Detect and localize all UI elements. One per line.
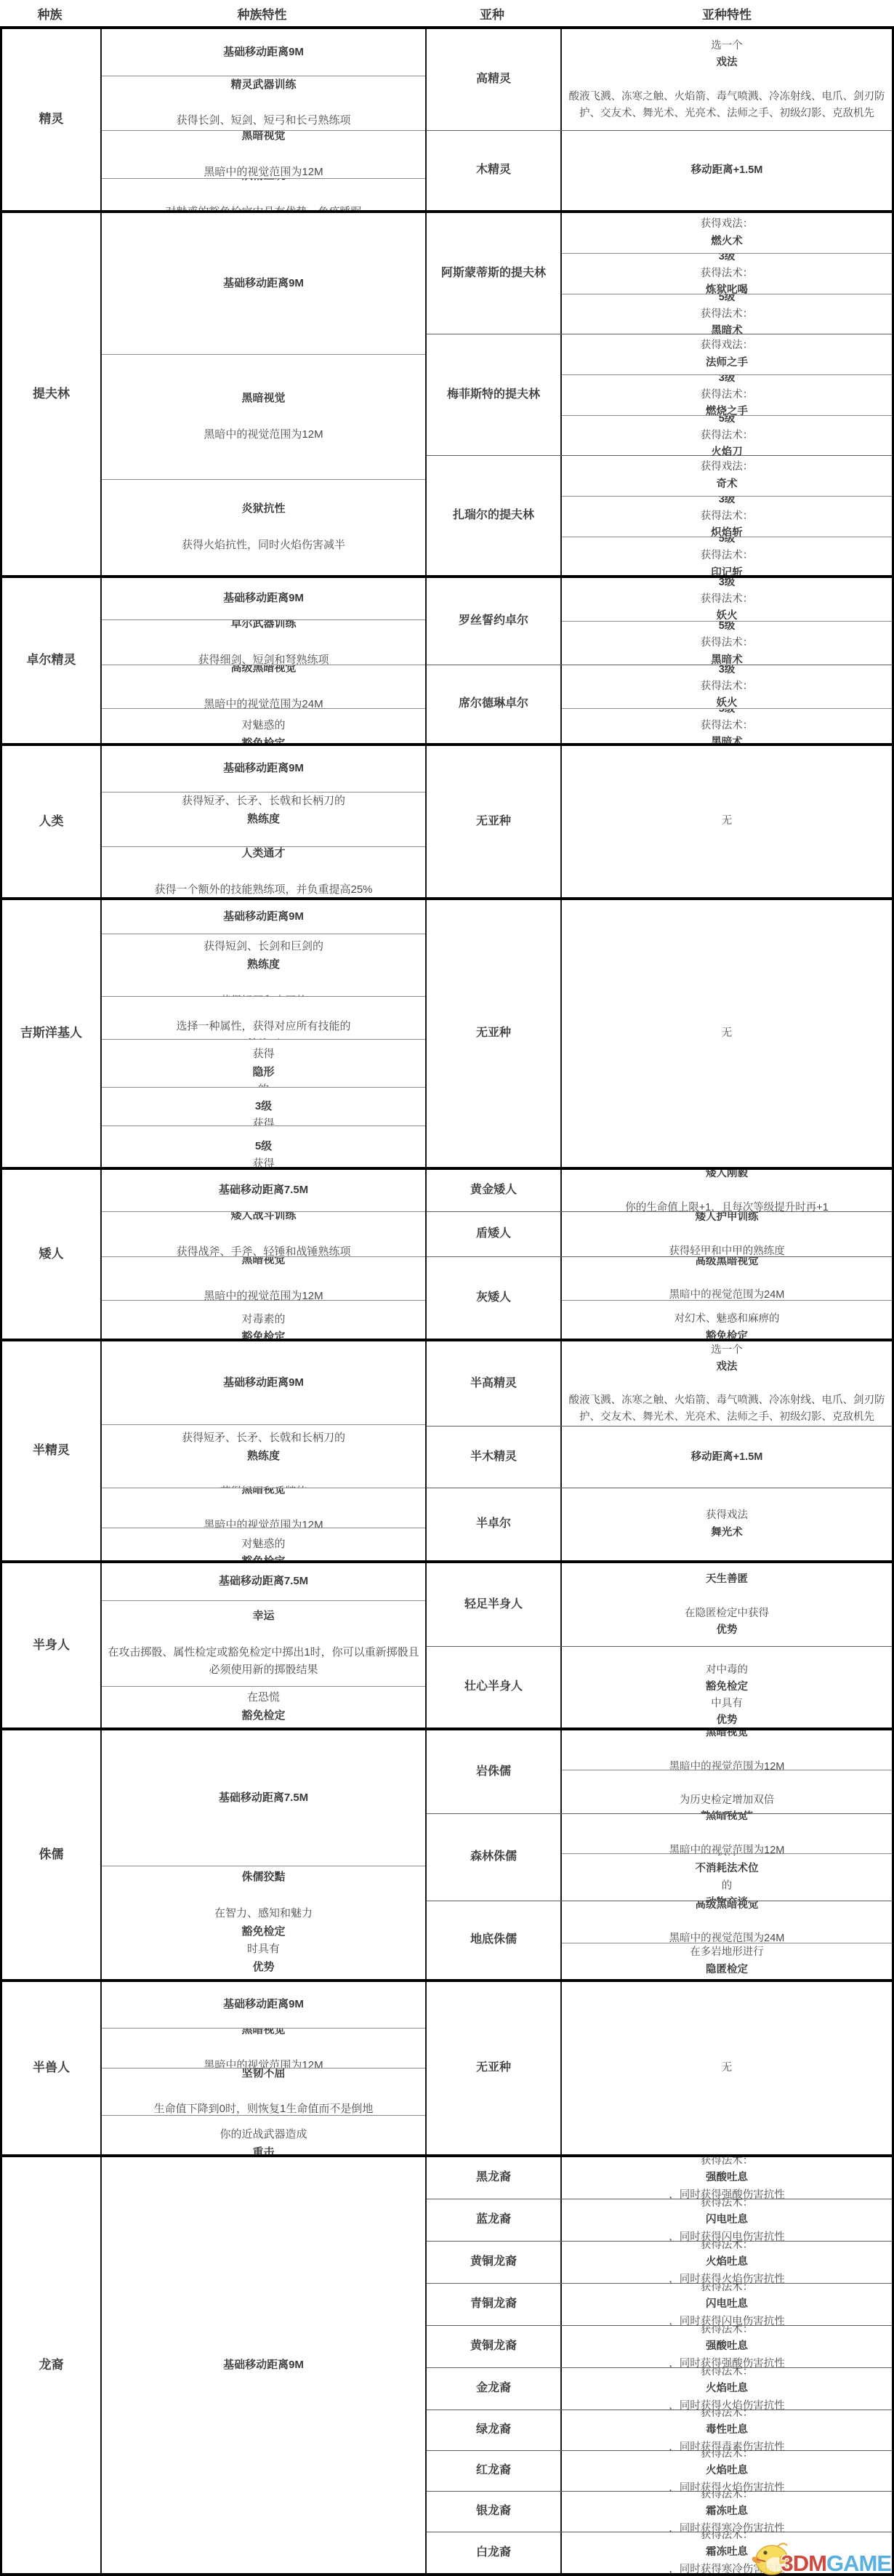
subraces-column: 高精灵选一个戏法酸液飞溅、冻寒之触、火焰箭、毒气喷溅、冷冻射线、电爪、剑刃防护、… — [427, 29, 892, 210]
subrace-traits-column: 获得法术：火焰吐息，同时获得火焰伤害抗性 — [562, 2368, 892, 2410]
race-section: 吉斯洋基人基础移动距离9M军事奇才获得短剑、长剑和巨剑的熟练度获得轻甲和中甲的熟… — [2, 900, 892, 1170]
subrace-traits-column: 黑暗视觉黑暗中的视觉范围为12M获得不消耗法术位的动物交谈 — [562, 1814, 892, 1901]
subrace-group: 盾矮人矮人护甲训练获得轻甲和中甲的熟练度 — [427, 1212, 892, 1257]
race-traits-column: 基础移动距离9M民兵获得短矛、长矛、长戟和长柄刀的熟练度获得轻甲和盾牌的熟练度黑… — [102, 1341, 427, 1560]
subraces-column: 岩侏儒黑暗视觉黑暗中的视觉范围为12M工匠的知识为历史检定增加双倍熟练项加值森林… — [427, 1730, 892, 1979]
subrace-group: 银龙裔获得法术：霜冻吐息，同时获得寒冷伤害抗性 — [427, 2492, 892, 2532]
race-trait-cell: 妖精血统对魅惑的豁免检定中具有优势，免疫睡眠 — [102, 1528, 425, 1560]
subrace-group: 绿龙裔获得法术：毒性吐息，同时获得毒素伤害抗性 — [427, 2410, 892, 2451]
subraces-column: 无亚种无 — [427, 746, 892, 897]
race-trait-cell: 基础移动距离7.5M — [102, 1730, 425, 1866]
subrace-group: 黄铜龙裔获得法术：火焰吐息，同时获得火焰伤害抗性 — [427, 2242, 892, 2284]
subrace-trait-cell: 获得戏法：燃火术 — [562, 213, 892, 254]
subrace-trait-cell: 获得法术：闪电吐息，同时获得闪电伤害抗性 — [562, 2199, 892, 2242]
subrace-trait-cell: 矮人刚毅你的生命值上限+1，且每次等级提升时再+1 — [562, 1170, 892, 1212]
race-name-cell: 龙裔 — [2, 2157, 102, 2573]
subrace-trait-cell: 无 — [562, 746, 892, 897]
subrace-trait-cell: 黑暗视觉黑暗中的视觉范围为12M — [562, 1730, 892, 1770]
race-section: 精灵基础移动距离9M精灵武器训练获得长剑、短剑、短弓和长弓熟练项黑暗视觉黑暗中的… — [2, 29, 892, 213]
race-trait-cell: 基础移动距离9M — [102, 578, 425, 620]
subrace-group: 岩侏儒黑暗视觉黑暗中的视觉范围为12M工匠的知识为历史检定增加双倍熟练项加值 — [427, 1730, 892, 1814]
subrace-group: 金龙裔获得法术：火焰吐息，同时获得火焰伤害抗性 — [427, 2368, 892, 2410]
subrace-name-cell: 半卓尔 — [427, 1488, 562, 1560]
race-section: 卓尔精灵基础移动距离9M卓尔武器训练获得细剑、短剑和弩熟练项高级黑暗视觉黑暗中的… — [2, 578, 892, 746]
subraces-column: 轻足半身人天生善匿在隐匿检定中获得优势壮心半身人壮心体魄对中毒的豁免检定中具有优… — [427, 1563, 892, 1728]
race-trait-cell: 黑暗视觉黑暗中的视觉范围为12M — [102, 1488, 425, 1528]
subrace-name-cell: 无亚种 — [427, 746, 562, 897]
race-section: 矮人基础移动距离7.5M矮人战斗训练获得战斧、手斧、轻锤和战锤熟练项黑暗视觉黑暗… — [2, 1170, 892, 1341]
race-traits-column: 基础移动距离9M民兵获得短矛、长矛、长戟和长柄刀的熟练度获得轻甲和盾牌的熟练度人… — [102, 746, 427, 897]
race-trait-cell: 黑暗视觉黑暗中的视觉范围为12M — [102, 2029, 425, 2069]
subrace-traits-column: 高级黑暗视觉黑暗中的视觉范围为24M灰矮人坚韧对幻术、魅惑和麻痹的豁免检定具有优… — [562, 1257, 892, 1339]
race-trait-cell: 侏儒狡黠在智力、感知和魅力豁免检定时具有优势 — [102, 1866, 425, 1979]
subrace-group: 半卓尔获得戏法舞光术 — [427, 1488, 892, 1560]
race-trait-cell: 精灵武器训练获得长剑、短剑、短弓和长弓熟练项 — [102, 76, 425, 131]
race-trait-cell: 基础移动距离7.5M — [102, 1170, 425, 1212]
subrace-trait-cell: 获得法术：强酸吐息，同时获得强酸伤害抗性 — [562, 2326, 892, 2368]
race-trait-cell: 黑暗视觉黑暗中的视觉范围为12M — [102, 355, 425, 480]
race-traits-column: 基础移动距离9M黑暗视觉黑暗中的视觉范围为12M炎狱抗性获得火焰抗性，同时火焰伤… — [102, 213, 427, 575]
race-section: 半身人基础移动距离7.5M幸运在攻击掷骰、属性检定或豁免检定中掷出1时，你可以重… — [2, 1563, 892, 1730]
subrace-name-cell: 灰矮人 — [427, 1257, 562, 1339]
column-header-3: 亚种特性 — [560, 4, 894, 23]
subrace-group: 黑龙裔获得法术：强酸吐息，同时获得强酸伤害抗性 — [427, 2157, 892, 2199]
subrace-traits-column: 获得法术：强酸吐息，同时获得强酸伤害抗性 — [562, 2157, 892, 2199]
race-trait-cell: 民兵获得短矛、长矛、长戟和长柄刀的熟练度获得轻甲和盾牌的熟练度 — [102, 1425, 425, 1488]
race-trait-cell: 高级黑暗视觉黑暗中的视觉范围为24M — [102, 665, 425, 709]
race-trait-cell: 妖精血统对魅惑的豁免检定中具有优势，免疫睡眠 — [102, 709, 425, 743]
subrace-group: 高精灵选一个戏法酸液飞溅、冻寒之触、火焰箭、毒气喷溅、冷冻射线、电爪、剑刃防护、… — [427, 29, 892, 131]
subrace-traits-column: 获得戏法：法师之手3级获得法术：燃烧之手5级获得法术：火焰刀 — [562, 334, 892, 455]
subrace-name-cell: 绿龙裔 — [427, 2410, 562, 2450]
subrace-traits-column: 无 — [562, 1982, 892, 2154]
subraces-column: 无亚种无 — [427, 1982, 892, 2154]
subrace-trait-cell: 移动距离+1.5M — [562, 131, 892, 210]
subrace-traits-column: 矮人刚毅你的生命值上限+1，且每次等级提升时再+1 — [562, 1170, 892, 1211]
race-trait-cell: 基础移动距离9M — [102, 1341, 425, 1425]
subrace-name-cell: 高精灵 — [427, 29, 562, 130]
subrace-trait-cell: 3级获得法术：妖火 — [562, 578, 892, 622]
subrace-trait-cell: 获得法术：火焰吐息，同时获得火焰伤害抗性 — [562, 2242, 892, 2284]
race-section: 提夫林基础移动距离9M黑暗视觉黑暗中的视觉范围为12M炎狱抗性获得火焰抗性，同时… — [2, 213, 892, 578]
subrace-name-cell: 青铜龙裔 — [427, 2284, 562, 2325]
race-name-cell: 卓尔精灵 — [2, 578, 102, 743]
race-section: 半精灵基础移动距离9M民兵获得短矛、长矛、长戟和长柄刀的熟练度获得轻甲和盾牌的熟… — [2, 1341, 892, 1563]
subrace-traits-column: 无 — [562, 900, 892, 1167]
subrace-name-cell: 无亚种 — [427, 1982, 562, 2154]
subrace-group: 红龙裔获得法术：火焰吐息，同时获得火焰伤害抗性 — [427, 2451, 892, 2492]
subrace-traits-column: 3级获得法术：妖火5级获得法术：黑暗术 — [562, 665, 892, 743]
race-traits-column: 基础移动距离9M — [102, 2157, 427, 2573]
subrace-trait-cell: 5级获得法术：黑暗术 — [562, 294, 892, 334]
race-traits-column: 基础移动距离9M军事奇才获得短剑、长剑和巨剑的熟练度获得轻甲和中甲的熟练度星界知… — [102, 900, 427, 1167]
subrace-trait-cell: 壮心体魄对中毒的豁免检定中具有优势，获得毒素伤害抗性 — [562, 1647, 892, 1728]
subrace-group: 青铜龙裔获得法术：闪电吐息，同时获得闪电伤害抗性 — [427, 2284, 892, 2326]
subrace-trait-cell: 岩石伪装在多岩地形进行隐匿检定时会获得优势 — [562, 1943, 892, 1979]
race-traits-column: 基础移动距离9M黑暗视觉黑暗中的视觉范围为12M坚韧不屈生命值下降到0时，则恢复… — [102, 1982, 427, 2154]
race-traits-column: 基础移动距离9M精灵武器训练获得长剑、短剑、短弓和长弓熟练项黑暗视觉黑暗中的视觉… — [102, 29, 427, 210]
race-trait-cell: 吉斯洋基心灵异能：法师之手获得隐形的法师之手 — [102, 1040, 425, 1088]
subrace-traits-column: 3级获得法术：妖火5级获得法术：黑暗术 — [562, 578, 892, 665]
subrace-trait-cell: 天生善匿在隐匿检定中获得优势 — [562, 1563, 892, 1647]
subrace-traits-column: 获得法术：强酸吐息，同时获得强酸伤害抗性 — [562, 2326, 892, 2367]
race-traits-column: 基础移动距离7.5M矮人战斗训练获得战斧、手斧、轻锤和战锤熟练项黑暗视觉黑暗中的… — [102, 1170, 427, 1339]
race-name-cell: 吉斯洋基人 — [2, 900, 102, 1167]
subrace-traits-column: 黑暗视觉黑暗中的视觉范围为12M工匠的知识为历史检定增加双倍熟练项加值 — [562, 1730, 892, 1813]
subrace-group: 黄金矮人矮人刚毅你的生命值上限+1，且每次等级提升时再+1 — [427, 1170, 892, 1212]
subrace-trait-cell: 获得法术：强酸吐息，同时获得强酸伤害抗性 — [562, 2157, 892, 2199]
race-trait-cell: 矮人体魄对毒素的豁免检定中具有优势，获得毒素伤害抗性 — [102, 1301, 425, 1339]
subrace-trait-cell: 获得法术：火焰吐息，同时获得火焰伤害抗性 — [562, 2368, 892, 2410]
subrace-trait-cell: 高级黑暗视觉黑暗中的视觉范围为24M — [562, 1901, 892, 1943]
subraces-column: 阿斯蒙蒂斯的提夫林获得戏法：燃火术3级获得法术：炼狱叱喝5级获得法术：黑暗术梅菲… — [427, 213, 892, 575]
race-trait-cell: 矮人战斗训练获得战斧、手斧、轻锤和战锤熟练项 — [102, 1212, 425, 1257]
subrace-name-cell: 红龙裔 — [427, 2451, 562, 2491]
race-trait-cell: 基础移动距离9M — [102, 1982, 425, 2029]
subrace-name-cell: 银龙裔 — [427, 2492, 562, 2532]
subrace-traits-column: 获得法术：闪电吐息，同时获得闪电伤害抗性 — [562, 2284, 892, 2325]
subrace-trait-cell: 获得戏法舞光术 — [562, 1488, 892, 1560]
subrace-trait-cell: 获得不消耗法术位的动物交谈 — [562, 1854, 892, 1901]
subrace-traits-column: 获得法术：火焰吐息，同时获得火焰伤害抗性 — [562, 2242, 892, 2283]
subrace-traits-column: 获得戏法：燃火术3级获得法术：炼狱叱喝5级获得法术：黑暗术 — [562, 213, 892, 334]
subrace-trait-cell: 3级获得法术：妖火 — [562, 665, 892, 709]
subrace-traits-column: 无 — [562, 746, 892, 897]
subrace-traits-column: 天生善匿在隐匿检定中获得优势 — [562, 1563, 892, 1646]
subrace-traits-column: 获得法术：霜冻吐息，同时获得寒冷伤害抗性 — [562, 2532, 892, 2573]
race-section: 侏儒基础移动距离7.5M侏儒狡黠在智力、感知和魅力豁免检定时具有优势岩侏儒黑暗视… — [2, 1730, 892, 1982]
subrace-group: 木精灵移动距离+1.5M — [427, 131, 892, 210]
subrace-group: 梅菲斯特的提夫林获得戏法：法师之手3级获得法术：燃烧之手5级获得法术：火焰刀 — [427, 334, 892, 456]
subrace-traits-column: 高级黑暗视觉黑暗中的视觉范围为24M岩石伪装在多岩地形进行隐匿检定时会获得优势 — [562, 1901, 892, 1979]
subrace-name-cell: 壮心半身人 — [427, 1647, 562, 1728]
subrace-trait-cell: 高级黑暗视觉黑暗中的视觉范围为24M — [562, 1257, 892, 1301]
subraces-column: 罗丝誓约卓尔3级获得法术：妖火5级获得法术：黑暗术席尔德琳卓尔3级获得法术：妖火… — [427, 578, 892, 743]
race-section: 人类基础移动距离9M民兵获得短矛、长矛、长戟和长柄刀的熟练度获得轻甲和盾牌的熟练… — [2, 746, 892, 900]
subrace-trait-cell: 3级获得法术：炼狱叱喝 — [562, 254, 892, 294]
subrace-trait-cell: 获得法术：霜冻吐息，同时获得寒冷伤害抗性 — [562, 2532, 892, 2573]
subrace-group: 扎瑞尔的提夫林获得戏法：奇术3级获得法术：炽焰斩5级获得法术：印记斩 — [427, 456, 892, 575]
race-trait-cell: 基础移动距离9M — [102, 213, 425, 355]
race-name-cell: 提夫林 — [2, 213, 102, 575]
subrace-trait-cell: 3级获得法术：炽焰斩 — [562, 497, 892, 537]
subrace-trait-cell: 获得法术：毒性吐息，同时获得毒素伤害抗性 — [562, 2410, 892, 2451]
subrace-name-cell: 黑龙裔 — [427, 2157, 562, 2199]
subrace-traits-column: 获得法术：毒性吐息，同时获得毒素伤害抗性 — [562, 2410, 892, 2450]
subrace-trait-cell: 矮人护甲训练获得轻甲和中甲的熟练度 — [562, 1212, 892, 1257]
subrace-traits-column: 获得法术：闪电吐息，同时获得闪电伤害抗性 — [562, 2199, 892, 2241]
subrace-group: 灰矮人高级黑暗视觉黑暗中的视觉范围为24M灰矮人坚韧对幻术、魅惑和麻痹的豁免检定… — [427, 1257, 892, 1339]
race-name-cell: 矮人 — [2, 1170, 102, 1339]
race-trait-cell: 卓尔武器训练获得细剑、短剑和弩熟练项 — [102, 620, 425, 665]
race-trait-cell: 基础移动距离9M — [102, 2157, 425, 2573]
subrace-name-cell: 半木精灵 — [427, 1427, 562, 1488]
subrace-trait-cell: 灰矮人坚韧对幻术、魅惑和麻痹的豁免检定具有优势 — [562, 1301, 892, 1339]
subrace-group: 蓝龙裔获得法术：闪电吐息，同时获得闪电伤害抗性 — [427, 2199, 892, 2242]
subrace-trait-cell: 5级获得法术：黑暗术 — [562, 622, 892, 665]
subrace-name-cell: 木精灵 — [427, 131, 562, 210]
subrace-traits-column: 移动距离+1.5M — [562, 131, 892, 210]
race-trait-cell: 星界知识选择一种属性，获得对应所有技能的熟练项 — [102, 997, 425, 1040]
subrace-traits-column: 获得戏法：奇术3级获得法术：炽焰斩5级获得法术：印记斩 — [562, 456, 892, 575]
race-table: 精灵基础移动距离9M精灵武器训练获得长剑、短剑、短弓和长弓熟练项黑暗视觉黑暗中的… — [0, 26, 894, 2576]
subrace-trait-cell: 获得法术：闪电吐息，同时获得闪电伤害抗性 — [562, 2284, 892, 2326]
subrace-group: 白龙裔获得法术：霜冻吐息，同时获得寒冷伤害抗性 — [427, 2532, 892, 2573]
subrace-trait-cell: 移动距离+1.5M — [562, 1427, 892, 1488]
race-name-cell: 精灵 — [2, 29, 102, 210]
subrace-trait-cell: 获得法术：火焰吐息，同时获得火焰伤害抗性 — [562, 2451, 892, 2492]
subrace-name-cell: 盾矮人 — [427, 1212, 562, 1256]
race-trait-cell: 军事奇才获得短剑、长剑和巨剑的熟练度获得轻甲和中甲的熟练度 — [102, 934, 425, 997]
column-header-1: 种族特性 — [100, 4, 424, 23]
subrace-name-cell: 地底侏儒 — [427, 1901, 562, 1979]
subrace-trait-cell: 选一个戏法酸液飞溅、冻寒之触、火焰箭、毒气喷溅、冷冻射线、电爪、剑刃防护、交友术… — [562, 29, 892, 131]
subrace-group: 无亚种无 — [427, 900, 892, 1167]
race-section: 半兽人基础移动距离9M黑暗视觉黑暗中的视觉范围为12M坚韧不屈生命值下降到0时，… — [2, 1982, 892, 2157]
column-header-2: 亚种 — [424, 4, 560, 23]
subrace-group: 半木精灵移动距离+1.5M — [427, 1427, 892, 1488]
subrace-trait-cell: 获得法术：霜冻吐息，同时获得寒冷伤害抗性 — [562, 2492, 892, 2532]
subraces-column: 黄金矮人矮人刚毅你的生命值上限+1，且每次等级提升时再+1盾矮人矮人护甲训练获得… — [427, 1170, 892, 1339]
subrace-group: 轻足半身人天生善匿在隐匿检定中获得优势 — [427, 1563, 892, 1647]
subrace-name-cell: 席尔德琳卓尔 — [427, 665, 562, 743]
subrace-trait-cell: 5级获得法术：黑暗术 — [562, 709, 892, 743]
subrace-name-cell: 罗丝誓约卓尔 — [427, 578, 562, 665]
race-trait-cell: 基础移动距离9M — [102, 29, 425, 76]
subrace-traits-column: 获得戏法舞光术 — [562, 1488, 892, 1560]
race-trait-cell: 人类通才获得一个额外的技能熟练项，并负重提高25% — [102, 847, 425, 897]
subrace-name-cell: 白龙裔 — [427, 2532, 562, 2573]
subrace-name-cell: 轻足半身人 — [427, 1563, 562, 1646]
race-name-cell: 半身人 — [2, 1563, 102, 1728]
subrace-trait-cell: 5级获得法术：火焰刀 — [562, 416, 892, 456]
column-header-0: 种族 — [0, 4, 100, 23]
subrace-group: 森林侏儒黑暗视觉黑暗中的视觉范围为12M获得不消耗法术位的动物交谈 — [427, 1814, 892, 1901]
subrace-name-cell: 蓝龙裔 — [427, 2199, 562, 2241]
race-trait-cell: 黑暗视觉黑暗中的视觉范围为12M — [102, 1257, 425, 1301]
subraces-column: 无亚种无 — [427, 900, 892, 1167]
subrace-group: 地底侏儒高级黑暗视觉黑暗中的视觉范围为24M岩石伪装在多岩地形进行隐匿检定时会获… — [427, 1901, 892, 1979]
subrace-group: 阿斯蒙蒂斯的提夫林获得戏法：燃火术3级获得法术：炼狱叱喝5级获得法术：黑暗术 — [427, 213, 892, 334]
subraces-column: 黑龙裔获得法术：强酸吐息，同时获得强酸伤害抗性蓝龙裔获得法术：闪电吐息，同时获得… — [427, 2157, 892, 2573]
race-trait-cell: 基础移动距离9M — [102, 900, 425, 934]
race-name-cell: 侏儒 — [2, 1730, 102, 1979]
race-trait-cell: 吉斯洋基心灵异能：跳跃术3级获得跳跃术 — [102, 1088, 425, 1126]
subrace-traits-column: 获得法术：霜冻吐息，同时获得寒冷伤害抗性 — [562, 2492, 892, 2532]
subrace-traits-column: 选一个戏法酸液飞溅、冻寒之触、火焰箭、毒气喷溅、冷冻射线、电爪、剑刃防护、交友术… — [562, 29, 892, 130]
subrace-name-cell: 阿斯蒙蒂斯的提夫林 — [427, 213, 562, 334]
subrace-trait-cell: 获得戏法：法师之手 — [562, 334, 892, 375]
subrace-traits-column: 获得法术：火焰吐息，同时获得火焰伤害抗性 — [562, 2451, 892, 2491]
race-section: 龙裔基础移动距离9M黑龙裔获得法术：强酸吐息，同时获得强酸伤害抗性蓝龙裔获得法术… — [2, 2157, 892, 2573]
subrace-name-cell: 半高精灵 — [427, 1341, 562, 1426]
race-trait-cell: 吉斯洋基心灵异能：迷踪步5级获得迷踪步 — [102, 1126, 425, 1167]
race-trait-cell: 幸运在攻击掷骰、属性检定或豁免检定中掷出1时，你可以重新掷骰且必须使用新的掷骰结… — [102, 1601, 425, 1687]
subrace-trait-cell: 选一个戏法酸液飞溅、冻寒之触、火焰箭、毒气喷溅、冷冻射线、电爪、剑刃防护、交友术… — [562, 1341, 892, 1427]
race-trait-cell: 黑暗视觉黑暗中的视觉范围为12M — [102, 131, 425, 179]
subrace-trait-cell: 5级获得法术：印记斩 — [562, 537, 892, 575]
subrace-name-cell: 梅菲斯特的提夫林 — [427, 334, 562, 455]
race-trait-cell: 基础移动距离9M — [102, 746, 425, 793]
subrace-group: 无亚种无 — [427, 1982, 892, 2154]
race-trait-cell: 凶蛮打击你的近战武器造成重击时，伤害骰子增加至三个 — [102, 2116, 425, 2154]
race-trait-cell: 妖精血统对魅惑的豁免检定中具有优势，免疫睡眠 — [102, 179, 425, 210]
subrace-trait-cell: 3级获得法术：燃烧之手 — [562, 375, 892, 416]
subrace-trait-cell: 黑暗视觉黑暗中的视觉范围为12M — [562, 1814, 892, 1854]
race-name-cell: 半兽人 — [2, 1982, 102, 2154]
subrace-trait-cell: 无 — [562, 900, 892, 1167]
race-trait-cell: 坚韧不屈生命值下降到0时，则恢复1生命值而不是倒地 — [102, 2069, 425, 2116]
subrace-traits-column: 壮心体魄对中毒的豁免检定中具有优势，获得毒素伤害抗性 — [562, 1647, 892, 1728]
subrace-trait-cell: 获得戏法：奇术 — [562, 456, 892, 497]
subrace-name-cell: 黄铜龙裔 — [427, 2326, 562, 2367]
race-trait-cell: 勇敢在恐慌豁免检定时获得优势 — [102, 1687, 425, 1728]
subrace-name-cell: 黄铜龙裔 — [427, 2242, 562, 2283]
race-name-cell: 半精灵 — [2, 1341, 102, 1560]
subrace-traits-column: 矮人护甲训练获得轻甲和中甲的熟练度 — [562, 1212, 892, 1256]
subrace-name-cell: 金龙裔 — [427, 2368, 562, 2410]
race-traits-column: 基础移动距离7.5M侏儒狡黠在智力、感知和魅力豁免检定时具有优势 — [102, 1730, 427, 1979]
subrace-name-cell: 岩侏儒 — [427, 1730, 562, 1813]
subrace-group: 无亚种无 — [427, 746, 892, 897]
subraces-column: 半高精灵选一个戏法酸液飞溅、冻寒之触、火焰箭、毒气喷溅、冷冻射线、电爪、剑刃防护… — [427, 1341, 892, 1560]
subrace-trait-cell: 无 — [562, 1982, 892, 2154]
subrace-name-cell: 扎瑞尔的提夫林 — [427, 456, 562, 575]
race-name-cell: 人类 — [2, 746, 102, 897]
subrace-name-cell: 无亚种 — [427, 900, 562, 1167]
subrace-group: 黄铜龙裔获得法术：强酸吐息，同时获得强酸伤害抗性 — [427, 2326, 892, 2368]
subrace-group: 罗丝誓约卓尔3级获得法术：妖火5级获得法术：黑暗术 — [427, 578, 892, 665]
race-traits-column: 基础移动距离7.5M幸运在攻击掷骰、属性检定或豁免检定中掷出1时，你可以重新掷骰… — [102, 1563, 427, 1728]
race-trait-cell: 民兵获得短矛、长矛、长戟和长柄刀的熟练度获得轻甲和盾牌的熟练度 — [102, 793, 425, 847]
subrace-trait-cell: 工匠的知识为历史检定增加双倍熟练项加值 — [562, 1770, 892, 1814]
subrace-group: 席尔德琳卓尔3级获得法术：妖火5级获得法术：黑暗术 — [427, 665, 892, 743]
subrace-group: 半高精灵选一个戏法酸液飞溅、冻寒之触、火焰箭、毒气喷溅、冷冻射线、电爪、剑刃防护… — [427, 1341, 892, 1427]
subrace-group: 壮心半身人壮心体魄对中毒的豁免检定中具有优势，获得毒素伤害抗性 — [427, 1647, 892, 1728]
race-trait-cell: 炎狱抗性获得火焰抗性，同时火焰伤害减半 — [102, 480, 425, 575]
subrace-traits-column: 选一个戏法酸液飞溅、冻寒之触、火焰箭、毒气喷溅、冷冻射线、电爪、剑刃防护、交友术… — [562, 1341, 892, 1426]
subrace-traits-column: 移动距离+1.5M — [562, 1427, 892, 1488]
subrace-name-cell: 森林侏儒 — [427, 1814, 562, 1901]
table-header-row: 种族种族特性亚种亚种特性 — [0, 0, 894, 26]
race-trait-cell: 基础移动距离7.5M — [102, 1563, 425, 1601]
subrace-name-cell: 黄金矮人 — [427, 1170, 562, 1211]
race-traits-column: 基础移动距离9M卓尔武器训练获得细剑、短剑和弩熟练项高级黑暗视觉黑暗中的视觉范围… — [102, 578, 427, 743]
